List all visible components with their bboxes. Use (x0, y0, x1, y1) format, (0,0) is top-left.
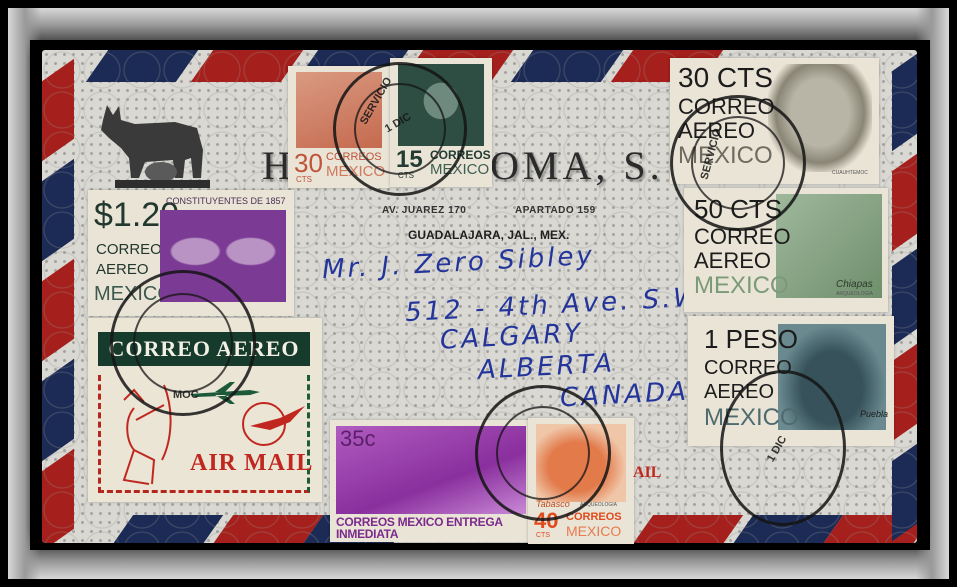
airmail-stripe-red (42, 259, 74, 361)
airmail-stripe-blue (111, 515, 223, 543)
airmail-stripe-blue (511, 50, 623, 82)
stamp-value: 1 PESO (704, 326, 798, 352)
postmark-circle: SERVICIO 1 DIC (333, 62, 467, 196)
stamp-line2: MEXICO (566, 524, 621, 538)
stamp-value: 35c (340, 428, 375, 450)
letterhead-city: GUADALAJARA, JAL., MEX. (408, 228, 569, 242)
aerovias-seal-icon (240, 400, 310, 448)
letterhead-company-name: OMA, S. (490, 142, 664, 189)
postmark-circle (475, 385, 611, 521)
stamp-subcaption: ARQUEOLOGIA (836, 291, 873, 297)
airmail-stripe-blue (42, 359, 74, 461)
postmark-inner-ring (133, 293, 233, 393)
letterhead-street: AV. JUAREZ 170 (382, 205, 466, 216)
airmail-stripe-red (42, 449, 74, 543)
stamp-line3: MEXICO (694, 274, 789, 298)
letterhead-po-box: APARTADO 159 (515, 205, 596, 216)
airmail-stripe-blue (86, 50, 198, 82)
airmail-stripe-red (191, 50, 303, 82)
airmail-stripe-red (892, 149, 917, 251)
stamp-value: 30 (294, 150, 323, 176)
stamp-header: CONSTITUYENTES DE 1857 (166, 197, 286, 206)
stamp-unit: CTS (536, 532, 550, 539)
stamp-line2: AEREO (694, 250, 771, 272)
stamp-caption: Puebla (860, 410, 888, 419)
postmark-bottom-text: MOC (173, 389, 199, 401)
air-mail-text: AIR MAIL (190, 450, 313, 477)
airmail-stripe-blue (892, 50, 917, 151)
stamp-line2: AEREO (96, 262, 149, 277)
postmark-inner-ring (354, 83, 446, 175)
airmail-stripe-red (892, 339, 917, 441)
postmark-circle: SERVICIO (670, 95, 806, 231)
airmail-stripe-blue (892, 244, 917, 346)
postmark-inner-ring (496, 406, 590, 500)
postmark-date: 1 DIC (765, 434, 789, 464)
stamp-banner: CORREOS MEXICO ENTREGA INMEDIATA (336, 516, 530, 540)
partial-air-mail-text: AIL (633, 464, 661, 482)
postmark-circle: 1 DIC (720, 370, 846, 526)
airmail-stripe-blue (42, 159, 74, 261)
airmail-stripe-red (42, 59, 74, 161)
photo-frame: H OMA, S. AV. JUAREZ 170 APARTADO 159 GU… (0, 0, 957, 587)
stamp-caption: Chiapas (836, 280, 873, 290)
stamp-caption: CUAUHTEMOC (832, 170, 868, 176)
airmail-stripe-red (631, 515, 743, 543)
stamp-line1: CORREO (96, 242, 162, 257)
postmark-circle: MOC (110, 270, 256, 416)
stamp-value: 30 CTS (678, 64, 773, 92)
she-wolf-logo-icon (95, 100, 220, 190)
stamp-line1: CORREOS (566, 512, 622, 523)
stamp-unit: CTS (296, 176, 312, 184)
airmail-stripe-blue (892, 439, 917, 541)
